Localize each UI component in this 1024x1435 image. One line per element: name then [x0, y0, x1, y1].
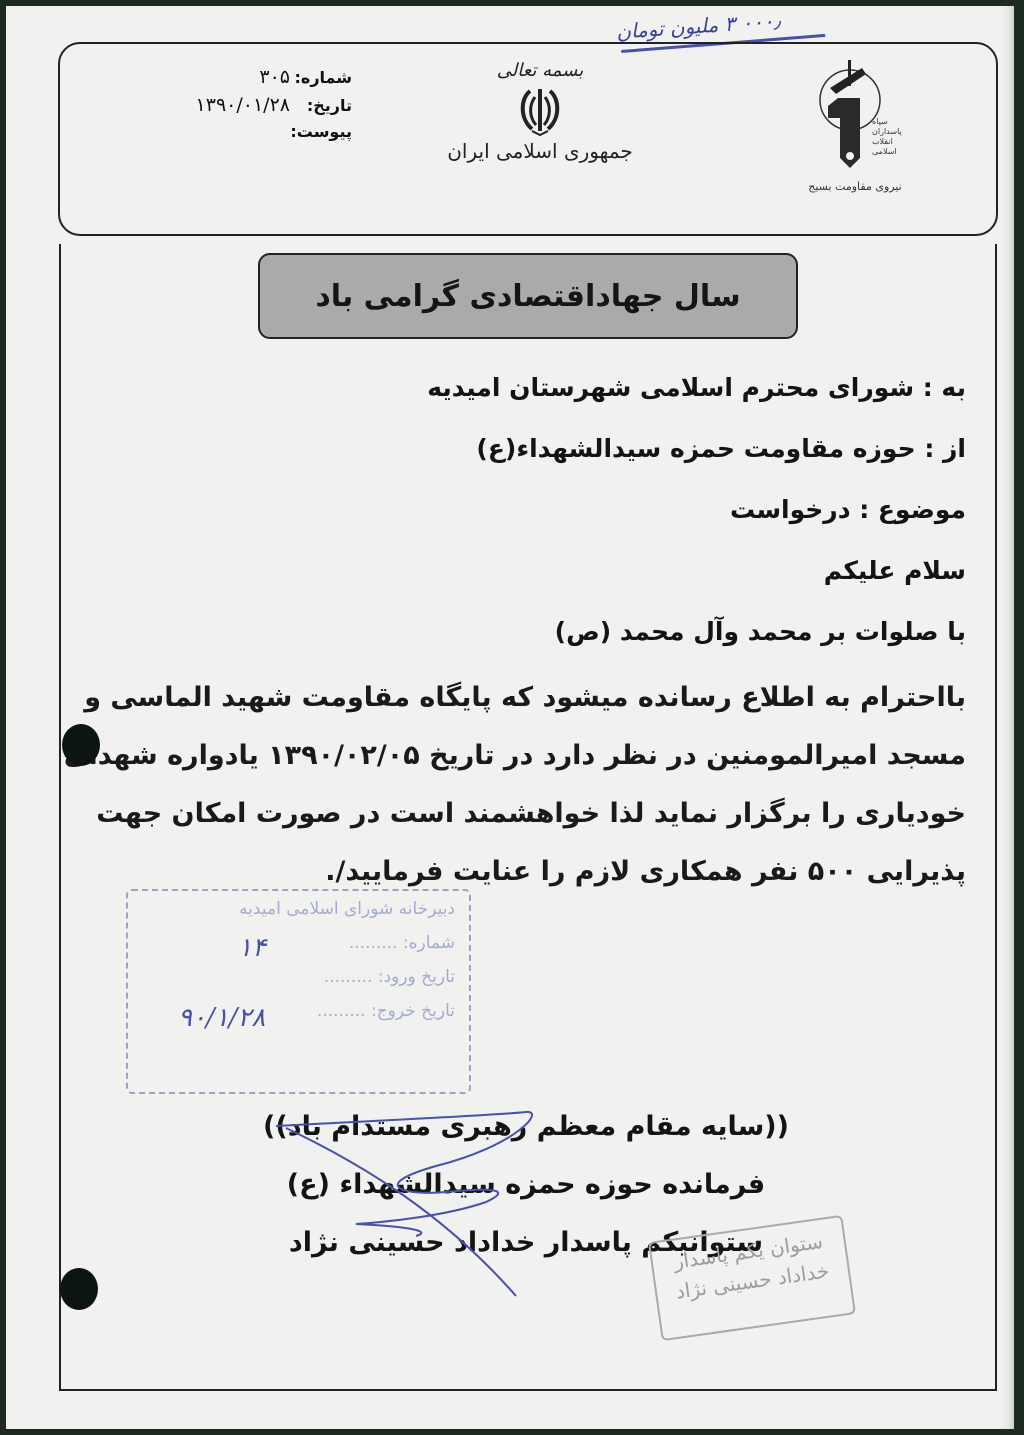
- scanned-page: ۰۰۰٫ ۳ ملیون تومان شماره: ۳۰۵ تاریخ: ۱۳۹…: [6, 6, 1014, 1429]
- slogan-banner: سال جهاداقتصادی گرامی باد: [258, 253, 798, 339]
- meta-number-label: شماره:: [290, 68, 352, 87]
- letter-meta: شماره: ۳۰۵ تاریخ: ۱۳۹۰/۰۱/۲۸ پیوست:: [102, 66, 352, 150]
- registration-stamp: دبیرخانه شورای اسلامی امیدیه شماره: ....…: [126, 889, 471, 1094]
- meta-date: تاریخ: ۱۳۹۰/۰۱/۲۸: [102, 94, 352, 122]
- body-line: بااحترام به اطلاع رسانده میشود که پایگاه…: [86, 669, 966, 727]
- registration-stamp-title: دبیرخانه شورای اسلامی امیدیه: [142, 899, 455, 919]
- registration-date-handwritten: ۹۰/۱/۲۸: [178, 1003, 265, 1033]
- subject-line: موضوع : درخواست: [86, 488, 966, 549]
- body-line: خودیاری را برگزار نماید لذا خواهشمند است…: [86, 785, 966, 843]
- meta-date-value: ۱۳۹۰/۰۱/۲۸: [196, 94, 290, 116]
- republic-name: جمهوری اسلامی ایران: [430, 139, 650, 163]
- national-emblem-block: بسمه تعالی جمهوری اسلامی ایران: [430, 60, 650, 163]
- meta-number: شماره: ۳۰۵: [102, 66, 352, 94]
- meta-number-value: ۳۰۵: [259, 66, 290, 88]
- meta-attachment: پیوست:: [102, 122, 352, 150]
- torn-page-edge: [1000, 6, 1014, 1429]
- greeting-line: سلام علیکم: [86, 549, 966, 610]
- registration-number-label: شماره: .........: [142, 933, 455, 953]
- meta-attachment-label: پیوست:: [290, 122, 352, 141]
- meta-date-label: تاریخ:: [290, 96, 352, 115]
- punch-hole: [62, 724, 100, 766]
- punch-hole: [60, 1268, 98, 1310]
- sender-line: از : حوزه مقاومت حمزه سیدالشهداء(ع): [86, 427, 966, 488]
- bismillah-heading: بسمه تعالی: [430, 60, 650, 81]
- svg-text:پاسداران: پاسداران: [872, 127, 902, 136]
- salawat-line: با صلوات بر محمد وآل محمد (ص): [86, 610, 966, 671]
- addressing-block: به : شورای محترم اسلامی شهرستان امیدیه ا…: [86, 366, 966, 671]
- signature-scribble: [186, 1106, 626, 1306]
- basij-caption: نیروی مقاومت بسیج: [790, 180, 920, 193]
- basij-logo-block: سپاه پاسداران انقلاب اسلامی نیروی مقاومت…: [790, 58, 920, 193]
- recipient-line: به : شورای محترم اسلامی شهرستان امیدیه: [86, 366, 966, 427]
- registration-received-label: تاریخ ورود: .........: [142, 967, 455, 987]
- irgc-logo-icon: سپاه پاسداران انقلاب اسلامی: [800, 58, 910, 178]
- slogan-text: سال جهاداقتصادی گرامی باد: [315, 279, 740, 314]
- svg-text:سپاه: سپاه: [872, 117, 888, 126]
- letter-body: بااحترام به اطلاع رسانده میشود که پایگاه…: [86, 669, 966, 901]
- svg-text:انقلاب: انقلاب: [872, 137, 893, 146]
- svg-text:اسلامی: اسلامی: [872, 147, 897, 156]
- letterhead-frame: شماره: ۳۰۵ تاریخ: ۱۳۹۰/۰۱/۲۸ پیوست: بسمه…: [58, 42, 998, 236]
- body-line: مسجد امیرالمومنین در نظر دارد در تاریخ ۱…: [86, 727, 966, 785]
- iran-emblem-icon: [516, 85, 564, 137]
- registration-number-handwritten: ۱۴: [238, 933, 266, 963]
